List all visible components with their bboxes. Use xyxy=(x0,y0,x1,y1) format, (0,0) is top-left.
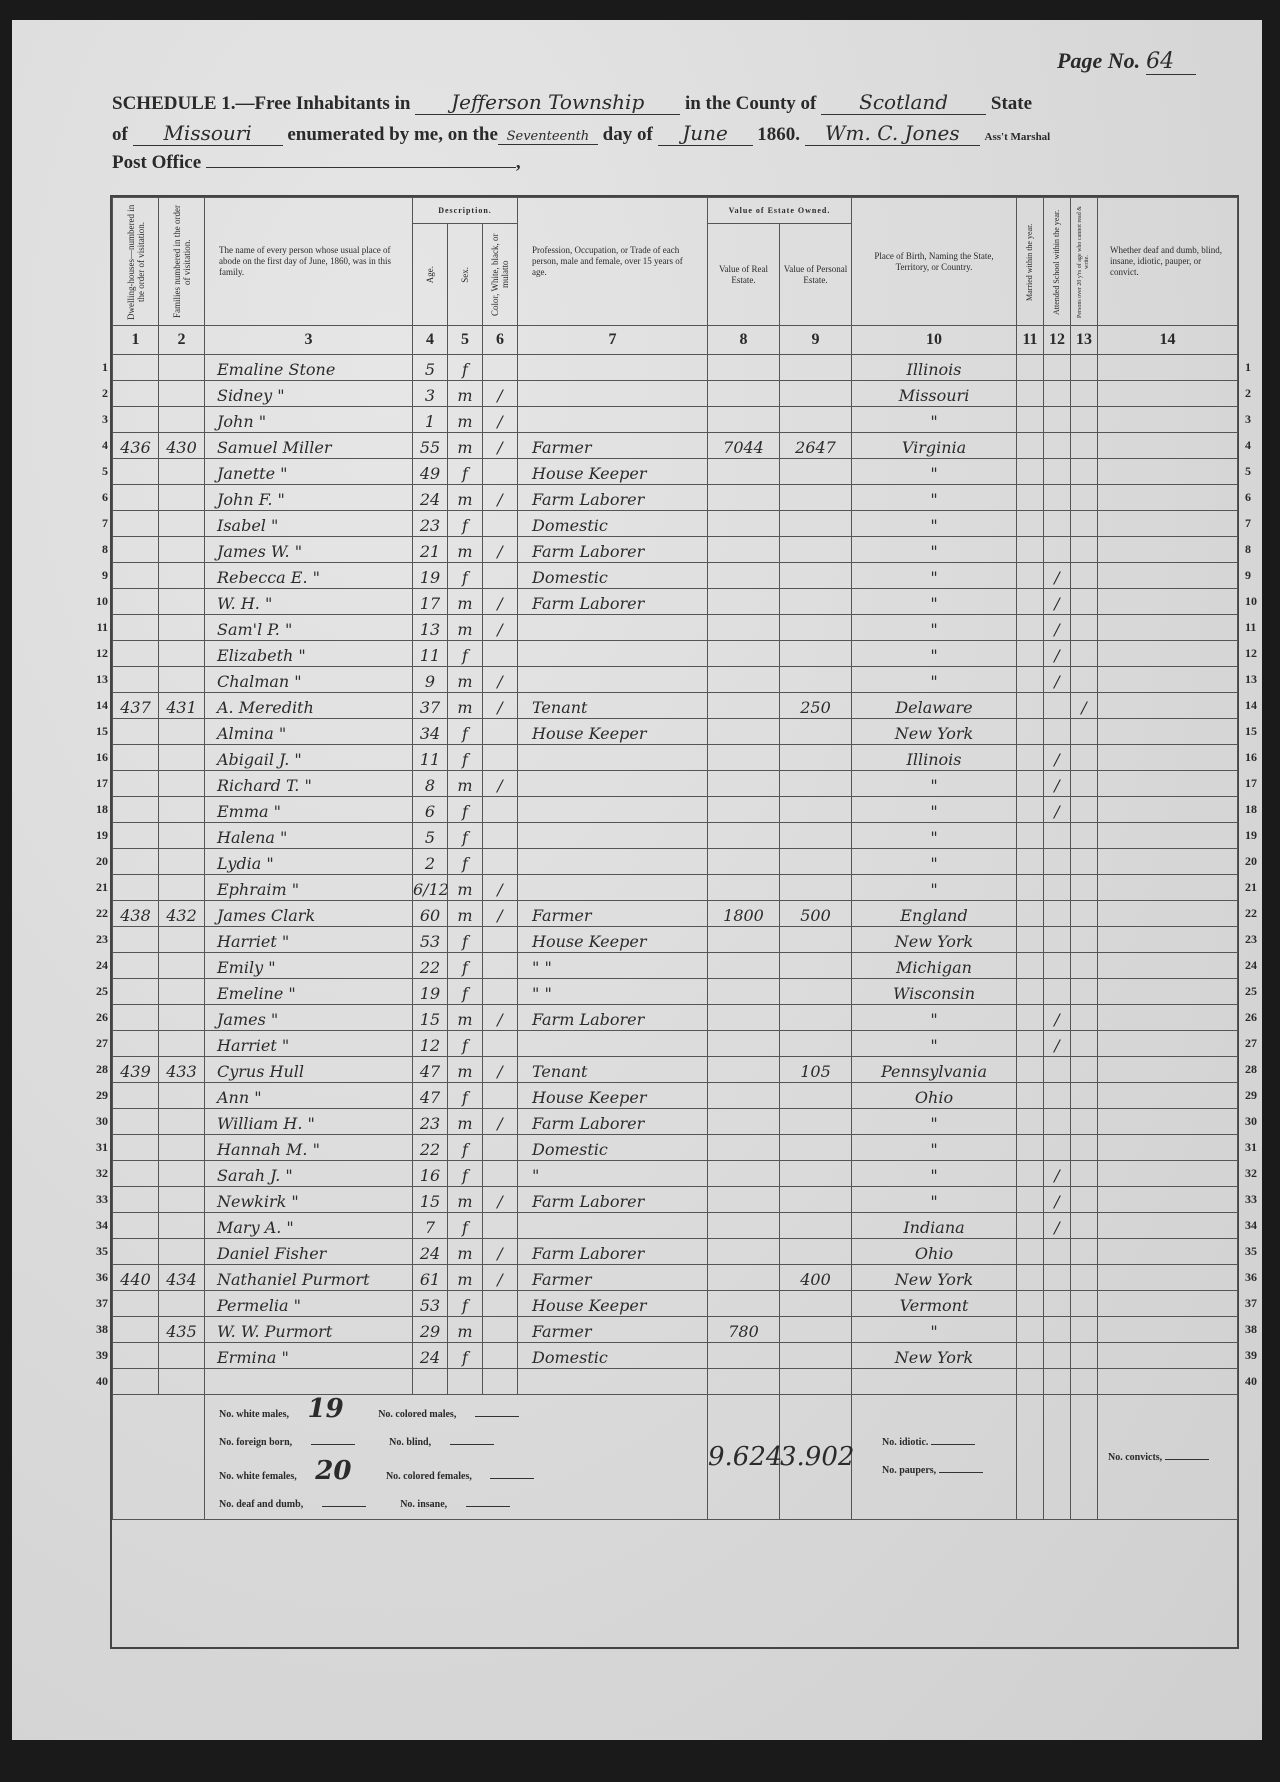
row-number-left: 31 xyxy=(90,1140,108,1155)
illiterate-mark xyxy=(1071,1239,1098,1265)
age: 13 xyxy=(413,615,448,641)
age: 1 xyxy=(413,407,448,433)
personal-estate-value xyxy=(780,1109,852,1135)
sex: f xyxy=(448,927,483,953)
illiterate-mark xyxy=(1071,1161,1098,1187)
family-number xyxy=(159,745,205,771)
person-name: Daniel Fisher xyxy=(205,1239,413,1265)
birthplace: England xyxy=(852,901,1017,927)
dwelling-number xyxy=(113,1343,159,1369)
color-mark xyxy=(483,849,518,875)
row-number-right: 18 xyxy=(1245,802,1273,817)
family-number xyxy=(159,797,205,823)
color-mark: / xyxy=(483,693,518,719)
personal-estate-value xyxy=(780,1369,852,1395)
real-estate-value xyxy=(708,667,780,693)
birthplace: " xyxy=(852,823,1017,849)
age: 23 xyxy=(413,1109,448,1135)
illiterate-mark xyxy=(1071,1031,1098,1057)
married-mark xyxy=(1017,511,1044,537)
census-row: Emaline Stone 5 f Illinois xyxy=(113,355,1238,381)
person-name: Abigail J. " xyxy=(205,745,413,771)
sex: m xyxy=(448,589,483,615)
color-mark xyxy=(483,1213,518,1239)
school-mark xyxy=(1044,485,1071,511)
dwelling-number xyxy=(113,407,159,433)
row-number-right: 40 xyxy=(1245,1374,1273,1389)
illiterate-mark xyxy=(1071,875,1098,901)
occupation: Farm Laborer xyxy=(518,1239,708,1265)
color-mark xyxy=(483,1135,518,1161)
family-number xyxy=(159,1343,205,1369)
real-estate-value xyxy=(708,1083,780,1109)
family-number xyxy=(159,1369,205,1395)
married-mark xyxy=(1017,1057,1044,1083)
school-mark xyxy=(1044,953,1071,979)
dwelling-number xyxy=(113,719,159,745)
personal-estate-value: 250 xyxy=(780,693,852,719)
sex: f xyxy=(448,849,483,875)
birthplace: " xyxy=(852,1187,1017,1213)
illiterate-mark xyxy=(1071,1213,1098,1239)
occupation xyxy=(518,407,708,433)
age: 8 xyxy=(413,771,448,797)
row-number-right: 13 xyxy=(1245,672,1273,687)
condition xyxy=(1098,407,1238,433)
condition xyxy=(1098,563,1238,589)
col-header-description: Description. xyxy=(413,198,518,224)
personal-estate-value xyxy=(780,1161,852,1187)
married-mark xyxy=(1017,771,1044,797)
occupation: " xyxy=(518,1161,708,1187)
real-estate-value xyxy=(708,875,780,901)
family-number xyxy=(159,1005,205,1031)
school-mark: / xyxy=(1044,745,1071,771)
row-number-left: 18 xyxy=(90,802,108,817)
married-mark xyxy=(1017,1291,1044,1317)
illiterate-mark xyxy=(1071,1291,1098,1317)
condition xyxy=(1098,1031,1238,1057)
condition xyxy=(1098,1187,1238,1213)
married-mark xyxy=(1017,1265,1044,1291)
occupation: House Keeper xyxy=(518,1083,708,1109)
condition xyxy=(1098,1057,1238,1083)
row-number-right: 24 xyxy=(1245,958,1273,973)
person-name: Permelia " xyxy=(205,1291,413,1317)
occupation: Domestic xyxy=(518,1343,708,1369)
family-number xyxy=(159,511,205,537)
real-estate-value: 780 xyxy=(708,1317,780,1343)
illiterate-mark xyxy=(1071,381,1098,407)
column-numbers-row: 1 2 3 4 5 6 7 8 9 10 11 12 13 14 xyxy=(113,326,1238,355)
birthplace: " xyxy=(852,797,1017,823)
person-name: Newkirk " xyxy=(205,1187,413,1213)
married-mark xyxy=(1017,1083,1044,1109)
color-mark: / xyxy=(483,589,518,615)
color-mark xyxy=(483,745,518,771)
color-mark: / xyxy=(483,433,518,459)
personal-estate-value xyxy=(780,1083,852,1109)
col-header-age: Age. xyxy=(413,224,448,326)
real-estate-value xyxy=(708,1109,780,1135)
occupation: Farm Laborer xyxy=(518,1005,708,1031)
school-mark: / xyxy=(1044,589,1071,615)
row-number-right: 38 xyxy=(1245,1322,1273,1337)
age xyxy=(413,1369,448,1395)
row-number-left: 28 xyxy=(90,1062,108,1077)
school-mark xyxy=(1044,1369,1071,1395)
condition xyxy=(1098,745,1238,771)
personal-estate-value xyxy=(780,979,852,1005)
col-header-birthplace: Place of Birth, Naming the State, Territ… xyxy=(852,198,1017,326)
person-name: A. Meredith xyxy=(205,693,413,719)
married-mark xyxy=(1017,407,1044,433)
birthplace: " xyxy=(852,1109,1017,1135)
occupation: Domestic xyxy=(518,1135,708,1161)
census-row: Ephraim " 6/12 m / " xyxy=(113,875,1238,901)
dwelling-number xyxy=(113,667,159,693)
personal-estate-value xyxy=(780,1031,852,1057)
illiterate-mark xyxy=(1071,849,1098,875)
school-mark xyxy=(1044,1265,1071,1291)
birthplace: New York xyxy=(852,719,1017,745)
col-header-color: Color, White, black, or mulatto xyxy=(483,224,518,326)
age: 19 xyxy=(413,563,448,589)
occupation xyxy=(518,1031,708,1057)
age: 5 xyxy=(413,823,448,849)
row-number-right: 10 xyxy=(1245,594,1273,609)
person-name: Hannah M. " xyxy=(205,1135,413,1161)
school-mark: / xyxy=(1044,615,1071,641)
row-number-left: 21 xyxy=(90,880,108,895)
sex: f xyxy=(448,1031,483,1057)
color-mark xyxy=(483,797,518,823)
sex: m xyxy=(448,875,483,901)
sex: m xyxy=(448,1005,483,1031)
person-name: Sam'l P. " xyxy=(205,615,413,641)
row-number-right: 17 xyxy=(1245,776,1273,791)
row-number-left: 17 xyxy=(90,776,108,791)
birthplace: " xyxy=(852,485,1017,511)
school-mark xyxy=(1044,1291,1071,1317)
sex: f xyxy=(448,797,483,823)
color-mark: / xyxy=(483,771,518,797)
row-number-right: 31 xyxy=(1245,1140,1273,1155)
condition xyxy=(1098,719,1238,745)
family-number: 433 xyxy=(159,1057,205,1083)
occupation: Domestic xyxy=(518,563,708,589)
occupation xyxy=(518,849,708,875)
color-mark xyxy=(483,355,518,381)
row-number-right: 30 xyxy=(1245,1114,1273,1129)
married-mark xyxy=(1017,1109,1044,1135)
color-mark xyxy=(483,511,518,537)
occupation: Farm Laborer xyxy=(518,589,708,615)
census-row: John " 1 m / " xyxy=(113,407,1238,433)
illiterate-mark xyxy=(1071,355,1098,381)
row-number-left: 29 xyxy=(90,1088,108,1103)
color-mark: / xyxy=(483,901,518,927)
occupation: Farmer xyxy=(518,901,708,927)
sex: f xyxy=(448,355,483,381)
sex: f xyxy=(448,1135,483,1161)
condition xyxy=(1098,641,1238,667)
row-number-left: 20 xyxy=(90,854,108,869)
illiterate-mark xyxy=(1071,1317,1098,1343)
real-estate-value: 7044 xyxy=(708,433,780,459)
census-row: Mary A. " 7 f Indiana / xyxy=(113,1213,1238,1239)
real-estate-value xyxy=(708,1239,780,1265)
occupation: Tenant xyxy=(518,1057,708,1083)
personal-estate-value xyxy=(780,615,852,641)
personal-estate-value xyxy=(780,1005,852,1031)
school-mark xyxy=(1044,1239,1071,1265)
census-rows: Emaline Stone 5 f Illinois Sidney " 3 m … xyxy=(113,355,1238,1395)
dwelling-number xyxy=(113,1109,159,1135)
family-number xyxy=(159,381,205,407)
illiterate-mark xyxy=(1071,433,1098,459)
condition xyxy=(1098,511,1238,537)
school-mark xyxy=(1044,1135,1071,1161)
summary-counts: No. white males, 19 No. colored males, N… xyxy=(205,1395,708,1520)
occupation: House Keeper xyxy=(518,459,708,485)
row-number-right: 5 xyxy=(1245,464,1273,479)
married-mark xyxy=(1017,537,1044,563)
dwelling-number xyxy=(113,1369,159,1395)
row-number-right: 34 xyxy=(1245,1218,1273,1233)
real-estate-total: 9.624 xyxy=(708,1395,780,1520)
personal-estate-value xyxy=(780,1239,852,1265)
census-row: W. H. " 17 m / Farm Laborer " / xyxy=(113,589,1238,615)
row-number-left: 15 xyxy=(90,724,108,739)
age: 3 xyxy=(413,381,448,407)
family-number xyxy=(159,537,205,563)
color-mark: / xyxy=(483,1187,518,1213)
col-header-illiterate: Persons over 20 y'rs of age who cannot r… xyxy=(1071,198,1098,326)
schedule-header-line-1: SCHEDULE 1.—Free Inhabitants in Jefferso… xyxy=(112,90,1032,115)
age: 22 xyxy=(413,953,448,979)
personal-estate-value xyxy=(780,1291,852,1317)
sex: m xyxy=(448,1317,483,1343)
personal-estate-value xyxy=(780,459,852,485)
family-number xyxy=(159,355,205,381)
row-number-right: 27 xyxy=(1245,1036,1273,1051)
dwelling-number xyxy=(113,563,159,589)
condition xyxy=(1098,1317,1238,1343)
illiterate-mark xyxy=(1071,1109,1098,1135)
married-mark xyxy=(1017,1239,1044,1265)
personal-estate-value xyxy=(780,1135,852,1161)
row-number-left: 1 xyxy=(90,360,108,375)
illiterate-mark xyxy=(1071,719,1098,745)
sex xyxy=(448,1369,483,1395)
dwelling-number xyxy=(113,1031,159,1057)
occupation xyxy=(518,615,708,641)
row-number-left: 4 xyxy=(90,438,108,453)
school-mark xyxy=(1044,823,1071,849)
white-males-count: 19 xyxy=(308,1395,344,1423)
married-mark xyxy=(1017,485,1044,511)
dwelling-number xyxy=(113,1161,159,1187)
age: 23 xyxy=(413,511,448,537)
occupation: House Keeper xyxy=(518,719,708,745)
census-row: Harriet " 53 f House Keeper New York xyxy=(113,927,1238,953)
person-name: William H. " xyxy=(205,1109,413,1135)
married-mark xyxy=(1017,1369,1044,1395)
birthplace: " xyxy=(852,641,1017,667)
school-mark: / xyxy=(1044,1213,1071,1239)
age: 47 xyxy=(413,1057,448,1083)
row-number-right: 1 xyxy=(1245,360,1273,375)
dwelling-number: 439 xyxy=(113,1057,159,1083)
person-name: James Clark xyxy=(205,901,413,927)
dwelling-number xyxy=(113,849,159,875)
col-header-estate: Value of Estate Owned. xyxy=(708,198,852,224)
county-field: Scotland xyxy=(821,90,986,115)
row-number-right: 33 xyxy=(1245,1192,1273,1207)
row-number-left: 38 xyxy=(90,1322,108,1337)
row-number-right: 4 xyxy=(1245,438,1273,453)
dwelling-number xyxy=(113,1317,159,1343)
age: 17 xyxy=(413,589,448,615)
illiterate-mark xyxy=(1071,1343,1098,1369)
real-estate-value xyxy=(708,797,780,823)
row-number-right: 16 xyxy=(1245,750,1273,765)
census-row: Daniel Fisher 24 m / Farm Laborer Ohio xyxy=(113,1239,1238,1265)
condition xyxy=(1098,433,1238,459)
occupation xyxy=(518,797,708,823)
occupation xyxy=(518,381,708,407)
row-number-left: 19 xyxy=(90,828,108,843)
personal-estate-value xyxy=(780,589,852,615)
family-number xyxy=(159,1109,205,1135)
sex: m xyxy=(448,1239,483,1265)
personal-estate-value xyxy=(780,745,852,771)
condition xyxy=(1098,797,1238,823)
color-mark: / xyxy=(483,407,518,433)
condition xyxy=(1098,1083,1238,1109)
dwelling-number xyxy=(113,1291,159,1317)
birthplace: " xyxy=(852,849,1017,875)
real-estate-value xyxy=(708,589,780,615)
married-mark xyxy=(1017,1005,1044,1031)
age: 47 xyxy=(413,1083,448,1109)
school-mark xyxy=(1044,537,1071,563)
age: 55 xyxy=(413,433,448,459)
school-mark xyxy=(1044,875,1071,901)
sex: f xyxy=(448,511,483,537)
birthplace: " xyxy=(852,1005,1017,1031)
row-number-right: 15 xyxy=(1245,724,1273,739)
color-mark xyxy=(483,953,518,979)
row-number-right: 11 xyxy=(1245,620,1273,635)
personal-estate-value xyxy=(780,407,852,433)
age: 15 xyxy=(413,1187,448,1213)
person-name: Emily " xyxy=(205,953,413,979)
state-field: Missouri xyxy=(133,121,283,146)
real-estate-value xyxy=(708,1369,780,1395)
family-number xyxy=(159,719,205,745)
married-mark xyxy=(1017,823,1044,849)
row-number-left: 23 xyxy=(90,932,108,947)
personal-estate-value xyxy=(780,485,852,511)
age: 22 xyxy=(413,1135,448,1161)
summary-idiotic-paupers: No. idiotic. No. paupers, xyxy=(852,1395,1017,1520)
row-number-right: 28 xyxy=(1245,1062,1273,1077)
dwelling-number xyxy=(113,1187,159,1213)
age: 53 xyxy=(413,1291,448,1317)
married-mark xyxy=(1017,1031,1044,1057)
illiterate-mark xyxy=(1071,511,1098,537)
birthplace: Wisconsin xyxy=(852,979,1017,1005)
married-mark xyxy=(1017,875,1044,901)
family-number xyxy=(159,823,205,849)
dwelling-number xyxy=(113,979,159,1005)
person-name: John " xyxy=(205,407,413,433)
birthplace: " xyxy=(852,667,1017,693)
schedule-header-line-2: of Missouri enumerated by me, on theSeve… xyxy=(112,121,1050,146)
occupation: " " xyxy=(518,979,708,1005)
married-mark xyxy=(1017,355,1044,381)
condition xyxy=(1098,927,1238,953)
occupation: Farm Laborer xyxy=(518,537,708,563)
condition xyxy=(1098,1265,1238,1291)
person-name: Harriet " xyxy=(205,1031,413,1057)
sex: f xyxy=(448,1213,483,1239)
person-name: James " xyxy=(205,1005,413,1031)
illiterate-mark xyxy=(1071,485,1098,511)
real-estate-value xyxy=(708,1291,780,1317)
school-mark: / xyxy=(1044,563,1071,589)
occupation xyxy=(518,875,708,901)
row-number-right: 9 xyxy=(1245,568,1273,583)
dwelling-number xyxy=(113,771,159,797)
married-mark xyxy=(1017,563,1044,589)
color-mark: / xyxy=(483,1239,518,1265)
col-header-family: Families numbered in the order of visita… xyxy=(159,198,205,326)
row-number-right: 2 xyxy=(1245,386,1273,401)
family-number xyxy=(159,1083,205,1109)
person-name: W. W. Purmort xyxy=(205,1317,413,1343)
age: 24 xyxy=(413,1239,448,1265)
birthplace: Virginia xyxy=(852,433,1017,459)
illiterate-mark xyxy=(1071,667,1098,693)
school-mark xyxy=(1044,1343,1071,1369)
personal-estate-value xyxy=(780,927,852,953)
dwelling-number xyxy=(113,927,159,953)
sex: f xyxy=(448,953,483,979)
age: 2 xyxy=(413,849,448,875)
school-mark xyxy=(1044,901,1071,927)
occupation xyxy=(518,355,708,381)
married-mark xyxy=(1017,589,1044,615)
row-number-left: 25 xyxy=(90,984,108,999)
sex: m xyxy=(448,667,483,693)
birthplace: " xyxy=(852,537,1017,563)
family-number xyxy=(159,849,205,875)
married-mark xyxy=(1017,1213,1044,1239)
occupation xyxy=(518,1213,708,1239)
person-name: Isabel " xyxy=(205,511,413,537)
census-row: James " 15 m / Farm Laborer " / xyxy=(113,1005,1238,1031)
dwelling-number xyxy=(113,1135,159,1161)
real-estate-value xyxy=(708,1161,780,1187)
school-mark: / xyxy=(1044,641,1071,667)
color-mark: / xyxy=(483,1005,518,1031)
school-mark: / xyxy=(1044,1031,1071,1057)
condition xyxy=(1098,693,1238,719)
personal-estate-value xyxy=(780,537,852,563)
